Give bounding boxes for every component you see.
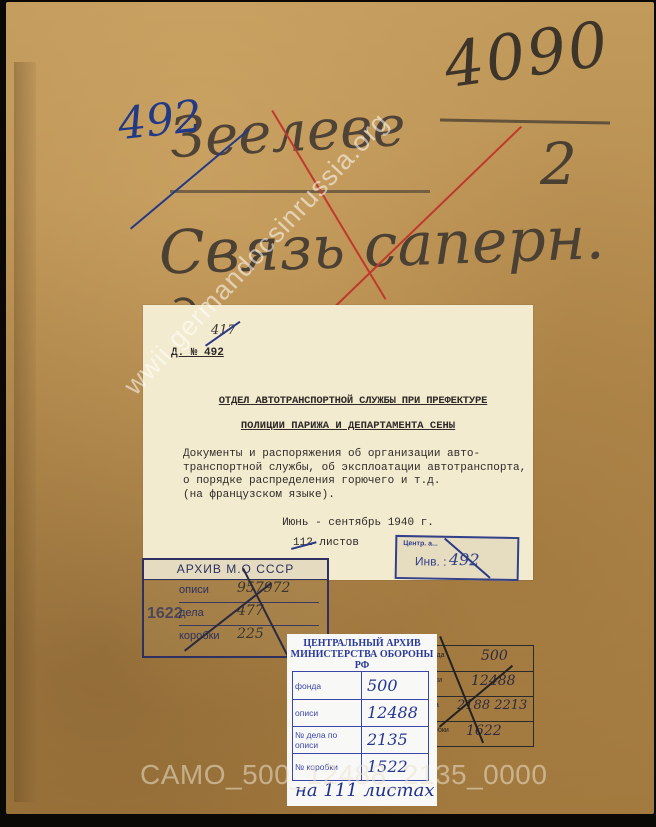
tsamo-header-line2: МИНИСТЕРСТВА ОБОРОНЫ РФ [287, 649, 437, 671]
tsamo-header-line1: ЦЕНТРАЛЬНЫЙ АРХИВ [287, 638, 437, 649]
row-label: фонда [295, 672, 362, 699]
old-row: фонда500 [421, 646, 533, 672]
tsamo-header: ЦЕНТРАЛЬНЫЙ АРХИВ МИНИСТЕРСТВА ОБОРОНЫ Р… [287, 638, 437, 671]
fraction-denominator: 2 [540, 130, 577, 198]
sheet-count: 112 листов [293, 537, 359, 549]
row-value: 12488 [367, 703, 418, 722]
inventory-label: Инв. : [415, 554, 447, 569]
title-line-1: ОТДЕЛ АВТОТРАНСПОРТНОЙ СЛУЖБЫ ПРИ ПРЕФЕК… [143, 395, 533, 407]
tsamo-row-fond: фонда500 [293, 672, 428, 700]
file-id-overlay: CAMO_500_12488_2135_0000 [140, 759, 547, 791]
blue-ink-number: 492 [116, 91, 205, 150]
old-row: дела2188 2213 [421, 696, 533, 722]
title-line-2: ПОЛИЦИИ ПАРИЖА И ДЕПАРТАМЕНТА СЕНЫ [143, 420, 533, 432]
row-label: дела [179, 607, 204, 619]
date-range: Июнь - сентябрь 1940 г. [143, 517, 533, 529]
row-value: 500 [367, 676, 398, 695]
row-label: описи [179, 584, 209, 596]
inventory-stamp: Центр. а... Инв. : 492 [395, 535, 520, 581]
stamp-row-dela: дела 477 [179, 607, 319, 626]
row-label: № дела по описи [295, 726, 362, 753]
row-value: 500 [481, 648, 508, 664]
row-value: 2135 [367, 730, 408, 749]
fold-crease [14, 62, 36, 802]
row-value: 225 [237, 626, 264, 642]
tsamo-row-opis: описи12488 [293, 699, 428, 727]
row-value: 1622 [466, 723, 502, 739]
row-label: описи [295, 699, 362, 726]
old-archive-table-stamp: фонда500 описи12488 дела2188 2213 коробк… [420, 645, 534, 747]
stamp-side-number: 1622 [147, 605, 183, 623]
inventory-stamp-header: Центр. а... [403, 540, 438, 548]
description: Документы и распоряжения об организации … [183, 448, 528, 502]
stamp-header: АРХИВ М.О СССР [144, 560, 327, 580]
tsamo-row-delo: № дела по описи2135 [293, 726, 428, 754]
